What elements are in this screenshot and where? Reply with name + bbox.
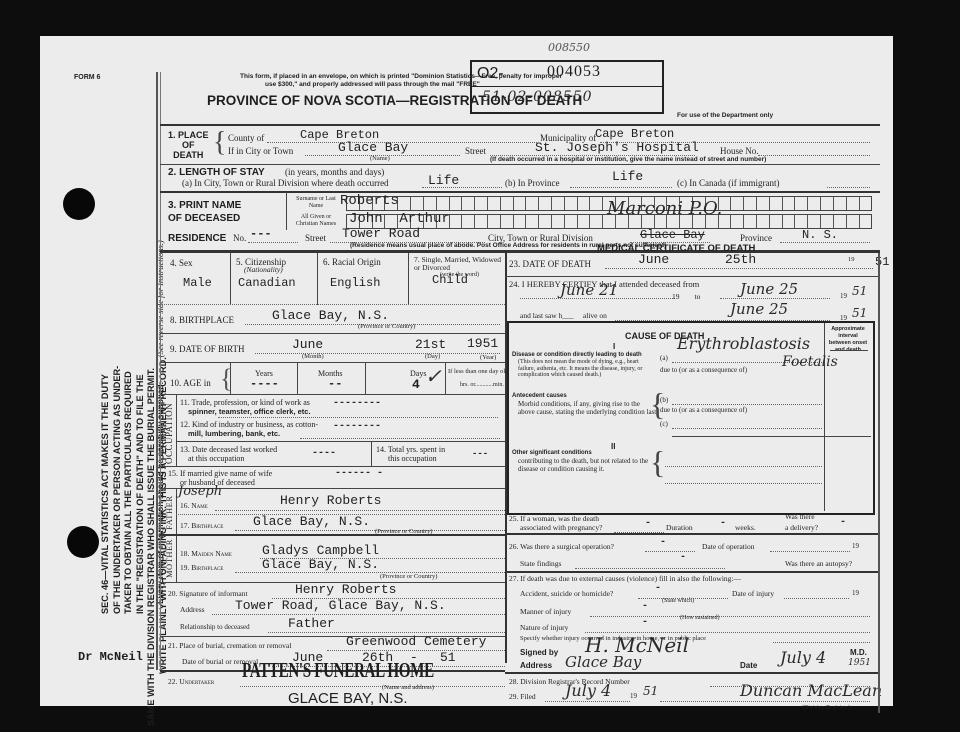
- left-border-inner: [160, 72, 161, 670]
- q26-label: 26. Was there a surgical operation?: [509, 542, 614, 551]
- dotted-line: [672, 428, 822, 429]
- dotted-line: [773, 642, 870, 643]
- citizenship-sub: (Nationality): [244, 265, 283, 274]
- findings-label: State findings: [520, 559, 561, 568]
- brace: {: [650, 446, 665, 478]
- dept-number: 004053: [547, 63, 601, 81]
- label-line: DEATH: [168, 150, 209, 160]
- dotted-line: [827, 187, 870, 188]
- part-1-title: Disease or condition directly leading to…: [512, 352, 642, 358]
- mother-maiden-value: Gladys Campbell: [262, 543, 379, 558]
- cause-a-value: Erythroblastosis: [677, 334, 810, 353]
- q25-label: 25. If a woman, was the death: [509, 514, 599, 523]
- accident-value: -: [655, 583, 661, 594]
- dob-day: 21st: [415, 337, 446, 352]
- cause-b-label: (b): [660, 396, 668, 404]
- due-to-label: due to (or as a consequence of): [660, 366, 747, 374]
- birthplace-label: 8. BIRTHPLACE: [170, 315, 234, 325]
- nature-label: Nature of injury: [520, 623, 568, 632]
- q14-label-2: this occupation: [388, 454, 437, 463]
- rule: [160, 362, 505, 363]
- length-of-stay-label: 2. LENGTH OF STAY: [168, 167, 265, 178]
- q13-label: 13. Date deceased last worked: [180, 445, 277, 454]
- years-value: ----: [250, 377, 279, 391]
- sex-label: 4. Sex: [170, 258, 193, 268]
- dotted-line: [720, 298, 830, 299]
- filed-year-prefix: 19: [630, 692, 637, 700]
- rule: [160, 466, 505, 467]
- q26-value: -: [660, 537, 666, 548]
- physician-address-label: Address: [520, 661, 552, 670]
- part-2-title: Other significant conditions: [512, 450, 592, 456]
- to-label: 19 to: [672, 292, 700, 301]
- signed-year: 1951: [848, 658, 871, 668]
- q13-value: ----: [312, 448, 336, 459]
- signed-by-label: Signed by: [520, 648, 558, 657]
- side-notice-line: TAKER TO OBTAIN ALL THE PARTICULARS REQU…: [123, 357, 135, 614]
- form-number: FORM 6: [74, 74, 100, 81]
- q12-label: 12. Kind of industry or business, as cot…: [180, 420, 318, 429]
- filed-year: 51: [643, 684, 658, 698]
- mother-maiden-label: 18. Maiden Name: [180, 549, 232, 558]
- divider: [230, 253, 231, 305]
- undertaker-city: GLACE BAY, N.S.: [288, 690, 408, 707]
- father-name-value: Henry Roberts: [280, 493, 381, 508]
- delivery-value: -: [840, 517, 846, 528]
- year-caption: (Year): [480, 354, 496, 361]
- label-line: OF: [168, 140, 209, 150]
- q13-label-2: at this occupation: [188, 454, 244, 463]
- undertaker-stamp: PATTEN'S FUNERAL HOME: [242, 658, 434, 683]
- divider: [286, 192, 287, 230]
- stay-province-label: (b) In Province: [505, 178, 559, 188]
- dob-year: 1951: [467, 336, 498, 351]
- cause-a-due-value: Foetalis: [782, 354, 838, 370]
- dept-handwritten: 51-02-008550: [482, 89, 593, 105]
- municipality-value: Cape Breton: [595, 127, 674, 141]
- dotted-line: [645, 551, 695, 552]
- father-name-label: 16. Name: [180, 501, 208, 510]
- registrar-signature: Duncan MacLean: [740, 681, 882, 700]
- stay-city-label: (a) In City, Town or Rural Division wher…: [182, 178, 389, 188]
- mother-birthplace-caption: (Province or Country): [380, 573, 437, 580]
- informant-address-label: Address: [180, 605, 205, 614]
- dept-box-divider: [472, 86, 662, 87]
- century-label: 19: [840, 292, 847, 300]
- divider: [176, 394, 177, 466]
- dotted-line: [780, 242, 870, 243]
- dob-month: June: [292, 337, 323, 352]
- residence-city-struck: Glace Bay: [640, 228, 705, 242]
- dotted-line: [240, 686, 505, 687]
- dotted-line: [300, 438, 500, 439]
- attended-to: June 25: [740, 280, 798, 298]
- rule: [160, 191, 880, 193]
- q11-label: 11. Trade, profession, or kind of work a…: [180, 398, 310, 407]
- city-caption: (Name): [370, 155, 390, 162]
- street-label: Street: [465, 146, 486, 156]
- citizenship-value: Canadian: [238, 276, 296, 290]
- divider: [297, 362, 298, 394]
- divider: [176, 536, 177, 582]
- father-birthplace-label: 17. Birthplace: [180, 521, 223, 530]
- signed-date-label: Date: [740, 661, 757, 670]
- residence-province-value: N. S.: [802, 228, 838, 242]
- days-value: 4: [412, 377, 420, 392]
- registrar-caption: (Division Registrar): [802, 705, 850, 711]
- divider: [230, 362, 231, 394]
- informant-relation-value: Father: [288, 616, 335, 631]
- rule: [505, 533, 880, 535]
- death-registration-form: FORM 6 SEC. 46—VITAL STATISTICS ACT MAKE…: [40, 36, 893, 706]
- duration-label: Duration: [666, 523, 693, 532]
- dept-prefix: O2-: [477, 65, 504, 83]
- father-birthplace-value: Glace Bay, N.S.: [253, 514, 370, 529]
- nature-value: -: [642, 617, 648, 628]
- signed-date: July 4: [780, 648, 826, 667]
- q25-value: -: [645, 518, 651, 529]
- operation-date-label: Date of operation: [702, 542, 754, 551]
- age-label: 10. AGE in: [170, 378, 211, 388]
- md-label: M.D.: [850, 648, 867, 657]
- death-month: June: [638, 252, 669, 267]
- dotted-line: [268, 632, 505, 633]
- father-name-handwritten: Joseph: [178, 484, 222, 499]
- brace: {: [650, 388, 665, 420]
- occupation-side-label: OCCUPATION: [164, 403, 174, 464]
- part-1-numeral: I: [613, 342, 615, 351]
- residence-no-label: No.: [233, 233, 246, 243]
- city-label: If in City or Town: [228, 146, 293, 156]
- racial-origin-value: English: [330, 276, 380, 290]
- brace: {: [213, 129, 226, 157]
- rule: [505, 672, 880, 674]
- duration-value: -: [720, 518, 726, 529]
- dotted-line: [665, 483, 822, 484]
- marital-value: Child: [432, 273, 468, 287]
- physician-address: Glace Bay: [565, 653, 641, 671]
- rule: [830, 350, 868, 351]
- stay-province-value: Life: [612, 169, 643, 184]
- manner-value: -: [642, 601, 648, 612]
- left-border: [156, 72, 158, 670]
- county-label: County of: [228, 133, 264, 143]
- q25-label-2: associated with pregnancy?: [520, 523, 602, 532]
- cause-a-label: (a): [660, 354, 668, 362]
- rule: [176, 441, 505, 442]
- dept-caption: For use of the Department only: [677, 112, 773, 119]
- rule: [672, 436, 871, 437]
- racial-origin-label: 6. Racial Origin: [323, 257, 381, 267]
- q29-label: 29. Filed: [509, 692, 536, 701]
- due-to-label-b: due to (or as a consequence of): [660, 406, 747, 414]
- informant-address-value: Tower Road, Glace Bay, N.S.: [235, 598, 446, 613]
- marital-label: 7. Single, Married, Widowed or Divorced: [414, 256, 504, 272]
- manner-label: Manner of injury: [520, 607, 571, 616]
- place-of-death-label: 1. PLACE OF DEATH: [168, 130, 209, 160]
- mother-birthplace-label: 19. Birthplace: [180, 563, 223, 572]
- divider: [371, 441, 372, 466]
- hrs-min-label: hrs. or............min.: [460, 382, 504, 388]
- residence-street-label: Street: [305, 233, 326, 243]
- cause-c-label: (c): [660, 420, 668, 428]
- dotted-line: [784, 598, 849, 599]
- dotted-line: [665, 466, 822, 467]
- interval-column-divider: [824, 323, 825, 511]
- punch-hole-top: [63, 188, 95, 220]
- informant-sig-value: Henry Roberts: [295, 582, 396, 597]
- dotted-line: [545, 701, 630, 702]
- dotted-line: [255, 353, 500, 354]
- accident-label: Accident, suicide or homicide?: [520, 589, 613, 598]
- divider: [176, 488, 177, 534]
- part-2-numeral: II: [611, 442, 615, 451]
- handwritten-number: 008550: [548, 41, 590, 54]
- delivery-label-2: a delivery?: [785, 523, 818, 532]
- antecedent-note: Morbid conditions, if any, giving rise t…: [518, 400, 658, 416]
- q14-label: 14. Total yrs. spent in: [376, 445, 445, 454]
- attended-from: June 21: [560, 281, 618, 299]
- q27-label: 27. If death was due to external causes …: [509, 574, 741, 583]
- sex-value: Male: [183, 276, 212, 290]
- antecedent-title: Antecedent causes: [512, 393, 567, 399]
- residence-street-value: Tower Road: [342, 226, 420, 241]
- dotted-line: [235, 530, 505, 531]
- divider: [408, 253, 409, 305]
- informant-relation-label: Relationship to deceased: [180, 623, 250, 631]
- dotted-line: [218, 417, 498, 418]
- day-caption: (Day): [425, 353, 440, 360]
- residence-no-value: ---: [250, 227, 272, 241]
- dept-box: O2- 004053 51-02-008550: [470, 60, 664, 114]
- label-line: 3. PRINT NAME: [168, 199, 241, 212]
- given-names-value: John Arthur: [349, 211, 450, 227]
- rule: [160, 394, 505, 395]
- dotted-line: [758, 155, 870, 156]
- residence-province-label: Province: [740, 233, 772, 243]
- father-side-label: FATHER: [164, 496, 174, 531]
- divider: [445, 362, 446, 394]
- weeks-label: weeks.: [735, 523, 756, 532]
- death-century: 19: [848, 256, 855, 263]
- right-border: [878, 253, 880, 713]
- last-saw-label: and last saw h___ alive on: [520, 311, 607, 320]
- month-caption: (Month): [302, 353, 324, 360]
- date-of-death-label: 23. DATE OF DEATH: [509, 259, 591, 269]
- dotted-line: [605, 268, 873, 269]
- checkmark-icon: ✓: [425, 364, 442, 388]
- surname-value: Roberts: [340, 193, 399, 209]
- year-51a: 51: [852, 284, 867, 298]
- street-caption: (If death occurred in a hospital or inst…: [490, 156, 766, 163]
- burial-place-label: 21. Place of burial, cremation or remova…: [168, 641, 291, 650]
- part-1-note: (This does not mean the mode of dying, e…: [518, 359, 653, 379]
- year-51b: 51: [852, 306, 867, 320]
- rule: [160, 250, 880, 253]
- length-of-stay-note: (in years, months and days): [285, 167, 384, 177]
- burial-date-year: 51: [440, 650, 456, 665]
- house-no-label: House No.: [720, 146, 759, 156]
- dotted-line: [570, 187, 672, 188]
- dotted-line: [212, 614, 505, 615]
- divider: [317, 253, 318, 305]
- q15-value: ------ -: [335, 468, 383, 479]
- undertaker-label: 22. Undertaker: [168, 677, 214, 686]
- stay-canada-label: (c) In Canada (if immigrant): [677, 178, 779, 188]
- findings-value: -: [680, 552, 686, 563]
- rule: [505, 276, 880, 277]
- rule: [505, 571, 880, 573]
- dotted-line: [770, 551, 850, 552]
- state-which-caption: (State which): [662, 598, 694, 604]
- injury-date-label: Date of injury: [732, 589, 774, 598]
- informant-sig-label: 20. Signature of informant: [168, 589, 248, 598]
- punch-hole-bottom: [67, 526, 99, 558]
- side-notice-line: IN THE "REGISTRATION OF DEATH" AND TO FI…: [135, 357, 147, 614]
- injury-year: 19: [852, 589, 859, 597]
- death-day: 25th: [725, 252, 756, 267]
- side-notice-line: SEC. 46—VITAL STATISTICS ACT MAKES IT TH…: [100, 357, 112, 614]
- rule: [160, 124, 880, 126]
- filed-date: July 4: [565, 681, 611, 700]
- rule: [160, 333, 505, 334]
- stay-city-value: Life: [428, 173, 459, 188]
- dotted-line: [160, 304, 505, 305]
- burial-place-value: Greenwood Cemetery: [346, 634, 486, 649]
- q11-value: --------: [333, 398, 381, 409]
- q12-value: --------: [333, 421, 381, 432]
- city-value: Glace Bay: [338, 140, 408, 155]
- side-notice-line: OF THE UNDERTAKER OR PERSON ACTING AS UN…: [112, 357, 124, 614]
- operation-year: 19: [852, 542, 859, 550]
- autopsy-label: Was there an autopsy?: [785, 559, 852, 568]
- q15-label: 15. If married give name of wife: [168, 469, 272, 478]
- dotted-line: [235, 572, 505, 573]
- residence-label: RESIDENCE: [168, 233, 226, 244]
- street-value: St. Joseph's Hospital: [535, 140, 699, 155]
- last-saw-date: June 25: [730, 300, 788, 318]
- q11-label-2: spinner, teamster, office clerk, etc.: [188, 407, 311, 416]
- months-value: --: [328, 377, 342, 391]
- q12-label-2: mill, lumbering, bank, etc.: [188, 429, 280, 438]
- label-line: OF DECEASED: [168, 212, 241, 225]
- print-name-label: 3. PRINT NAME OF DECEASED: [168, 199, 241, 225]
- dotted-line: [248, 242, 298, 243]
- dotted-line: [660, 701, 870, 702]
- given-names-label: All Given or Christian Names: [290, 214, 342, 228]
- surname-label: Surname or Last Name: [290, 196, 342, 210]
- label-line: 1. PLACE: [168, 130, 209, 140]
- dotted-line: [672, 404, 822, 405]
- mother-side-label: MOTHER: [164, 539, 174, 578]
- divider: [365, 362, 366, 394]
- less-than-day-label: If less than one day old: [448, 368, 508, 375]
- mother-birthplace-value: Glace Bay, N.S.: [262, 557, 379, 572]
- q14-value: ---: [472, 449, 488, 459]
- dotted-line: [575, 568, 725, 569]
- birthplace-value: Glace Bay, N.S.: [272, 308, 389, 323]
- part-2-note: contributing to the death, but not relat…: [518, 457, 658, 473]
- mailing-note-2: use $300," and properly addressed will p…: [265, 81, 480, 88]
- physician-stamp: Dr McNeil: [78, 650, 143, 664]
- residence-city-handwritten: Marconi P.O.: [607, 198, 722, 219]
- rule: [160, 164, 880, 165]
- delivery-label: Was there: [785, 512, 815, 521]
- dob-label: 9. DATE OF BIRTH: [170, 344, 244, 354]
- dotted-line: [215, 510, 505, 511]
- rule: [160, 534, 505, 536]
- dotted-line: [590, 616, 870, 617]
- birthplace-caption: (Province or Country): [358, 323, 415, 330]
- how-sustained-caption: (How sustained): [680, 615, 720, 621]
